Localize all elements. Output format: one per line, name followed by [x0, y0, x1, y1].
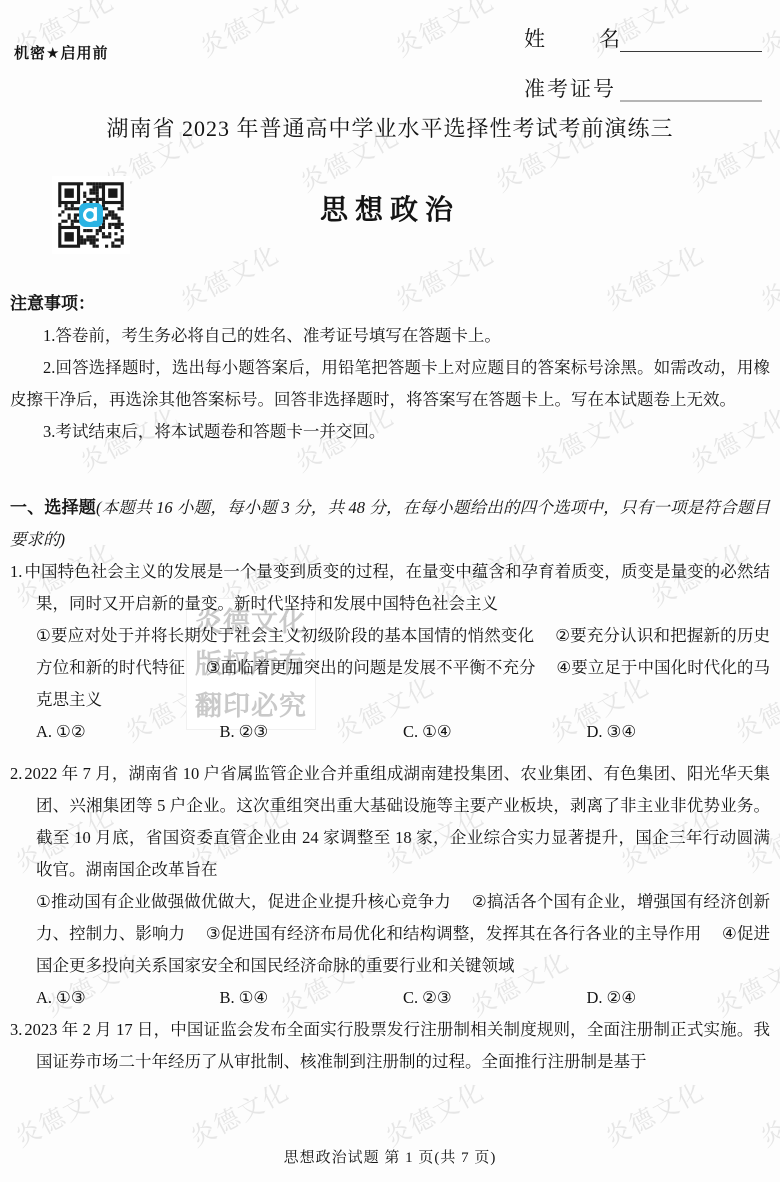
- question-1: 1.中国特色社会主义的发展是一个量变到质变的过程，在量变中蕴含和孕育着质变，质变…: [10, 556, 770, 748]
- option-a: A.①②: [36, 716, 220, 748]
- name-label-second: 名: [599, 27, 620, 52]
- question-2-statements: ①推动国有企业做强做优做大，促进企业提升核心竞争力 ②搞活各个国有企业，增强国有…: [36, 886, 770, 982]
- name-label: 姓 名: [524, 27, 620, 52]
- question-1-number: 1.: [10, 562, 22, 581]
- notice-item-1: 1.答卷前，考生务必将自己的姓名、准考证号填写在答题卡上。: [10, 320, 770, 352]
- name-field-row: 姓 名: [524, 8, 762, 52]
- option-c: C.②③: [403, 982, 587, 1014]
- option-c: C.①④: [403, 716, 587, 748]
- subject-title: 思想政治: [0, 188, 780, 228]
- exam-page: 炎德文化炎德文化炎德文化炎德文化炎德文化炎德文化炎德文化炎德文化炎德文化炎德文化…: [0, 0, 780, 1182]
- question-2-number: 2.: [10, 764, 22, 783]
- page-footer: 思想政治试题 第 1 页(共 7 页): [0, 1146, 780, 1167]
- question-3-stem: 3.2023 年 2 月 17 日，中国证监会发布全面实行股票发行注册制相关制度…: [36, 1014, 770, 1078]
- notice-item-3: 3.考试结束后，将本试题卷和答题卡一并交回。: [10, 416, 770, 448]
- ticket-blank-line: [620, 70, 762, 102]
- question-2: 2.2022 年 7 月，湖南省 10 户省属监管企业合并重组成湖南建投集团、农…: [10, 758, 770, 1014]
- notice-item-2: 2.回答选择题时，选出每小题答案后，用铅笔把答题卡上对应题目的答案标号涂黑。如需…: [10, 352, 770, 416]
- question-1-stem: 1.中国特色社会主义的发展是一个量变到质变的过程，在量变中蕴含和孕育着质变，质变…: [36, 556, 770, 620]
- exam-body: 注意事项： 1.答卷前，考生务必将自己的姓名、准考证号填写在答题卡上。 2.回答…: [10, 288, 770, 1078]
- candidate-fields: 姓 名 准考证号: [524, 8, 762, 108]
- notice-heading: 注意事项：: [10, 288, 770, 320]
- ticket-field-row: 准考证号: [524, 58, 762, 102]
- question-1-stem-text: 中国特色社会主义的发展是一个量变到质变的过程，在量变中蕴含和孕育着质变，质变是量…: [24, 562, 770, 613]
- question-3: 3.2023 年 2 月 17 日，中国证监会发布全面实行股票发行注册制相关制度…: [10, 1014, 770, 1078]
- ticket-label: 准考证号: [524, 77, 620, 102]
- question-1-statements: ①要应对处于并将长期处于社会主义初级阶段的基本国情的悄然变化 ②要充分认识和把握…: [36, 620, 770, 716]
- section-heading-note: (本题共 16 小题，每小题 3 分，共 48 分，在每小题给出的四个选项中，只…: [10, 498, 770, 549]
- page-content: 机密★启用前 姓 名 准考证号 湖南省 2023 年普通高中学业水平选择性考试考…: [0, 0, 780, 1182]
- option-b: B.②③: [220, 716, 404, 748]
- exam-title: 湖南省 2023 年普通高中学业水平选择性考试考前演练三: [0, 112, 780, 143]
- section-heading-title: 一、选择题: [10, 498, 96, 517]
- section-heading: 一、选择题(本题共 16 小题，每小题 3 分，共 48 分，在每小题给出的四个…: [10, 492, 770, 556]
- question-1-options: A.①② B.②③ C.①④ D.③④: [36, 716, 770, 748]
- question-3-number: 3.: [10, 1020, 22, 1039]
- name-blank-line: [620, 21, 762, 52]
- question-2-options: A.①③ B.①④ C.②③ D.②④: [36, 982, 770, 1014]
- question-2-stem: 2.2022 年 7 月，湖南省 10 户省属监管企业合并重组成湖南建投集团、农…: [36, 758, 770, 886]
- question-2-stem-text: 2022 年 7 月，湖南省 10 户省属监管企业合并重组成湖南建投集团、农业集…: [24, 764, 770, 879]
- secrecy-label: 机密★启用前: [14, 42, 108, 63]
- question-3-stem-text: 2023 年 2 月 17 日，中国证监会发布全面实行股票发行注册制相关制度规则…: [24, 1020, 770, 1071]
- option-d: D.③④: [587, 716, 771, 748]
- option-b: B.①④: [220, 982, 404, 1014]
- name-label-first: 姓: [524, 27, 545, 52]
- option-a: A.①③: [36, 982, 220, 1014]
- option-d: D.②④: [587, 982, 771, 1014]
